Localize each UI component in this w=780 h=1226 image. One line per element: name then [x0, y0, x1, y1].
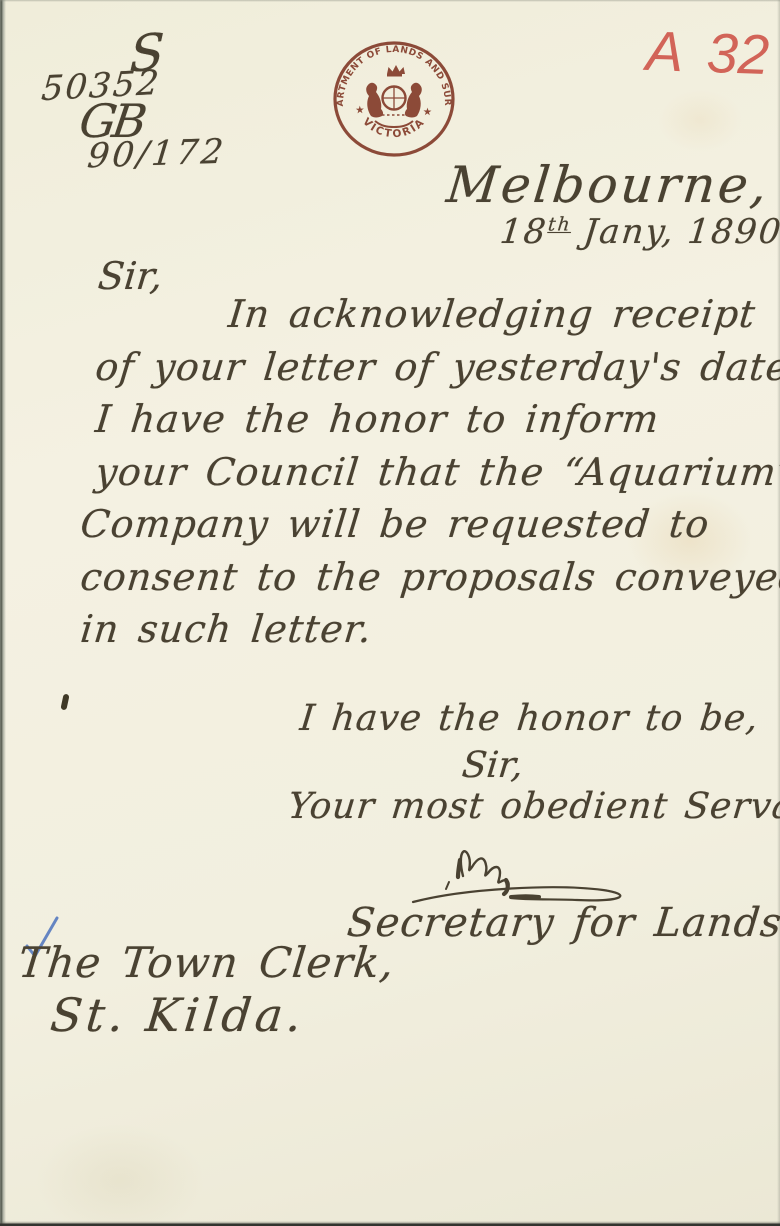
date-rest: Jany, 1890.: [569, 212, 780, 252]
body-line-4: your Council that the “Aquarium”: [93, 446, 780, 499]
letter-date: 18th Jany, 1890.: [498, 212, 780, 252]
filing-annotation: A 32: [645, 18, 770, 87]
body-line-3: I have the honor to inform: [93, 393, 780, 446]
body-line-6: consent to the proposals conveyed: [78, 551, 780, 604]
letter-body: In acknowledging receipt of your letter …: [78, 288, 780, 656]
lion-right-icon: [405, 83, 422, 118]
coat-of-arms: [366, 65, 422, 127]
letter-page: S 50352 GB 90/172 DEPARTMENT OF LANDS AN…: [0, 0, 780, 1226]
body-line-7: in such letter.: [78, 603, 780, 656]
closing-line-2: Sir,: [460, 745, 525, 786]
scan-edge-top: [0, 0, 780, 2]
body-line-5: Company will be requested to: [78, 498, 780, 551]
registry-file-number: 90/172: [86, 132, 228, 177]
closing-line-3: Your most obedient Servant,: [286, 786, 780, 827]
letter-place: Melbourne,: [444, 156, 773, 214]
scan-edge-left: [0, 0, 6, 1226]
crown-base: [387, 74, 402, 77]
closing-line-1: I have the honor to be,: [298, 698, 761, 739]
date-ordinal: th: [547, 215, 573, 236]
secretary-title: Secretary for Lands.: [345, 900, 780, 946]
addressee-line-1: The Town Clerk,: [16, 938, 397, 987]
date-day: 18: [498, 212, 549, 252]
scan-edge-bottom: [0, 1221, 780, 1226]
ink-blot: [60, 694, 69, 711]
lands-survey-seal: DEPARTMENT OF LANDS AND SURVEY ★ VICTORI…: [331, 36, 457, 167]
addressee-line-2: St. Kilda.: [48, 988, 308, 1042]
body-line-1: In acknowledging receipt: [226, 288, 780, 341]
body-line-2: of your letter of yesterday's date,: [93, 341, 780, 394]
lion-left-icon: [366, 83, 383, 118]
crown-icon: [387, 65, 405, 74]
